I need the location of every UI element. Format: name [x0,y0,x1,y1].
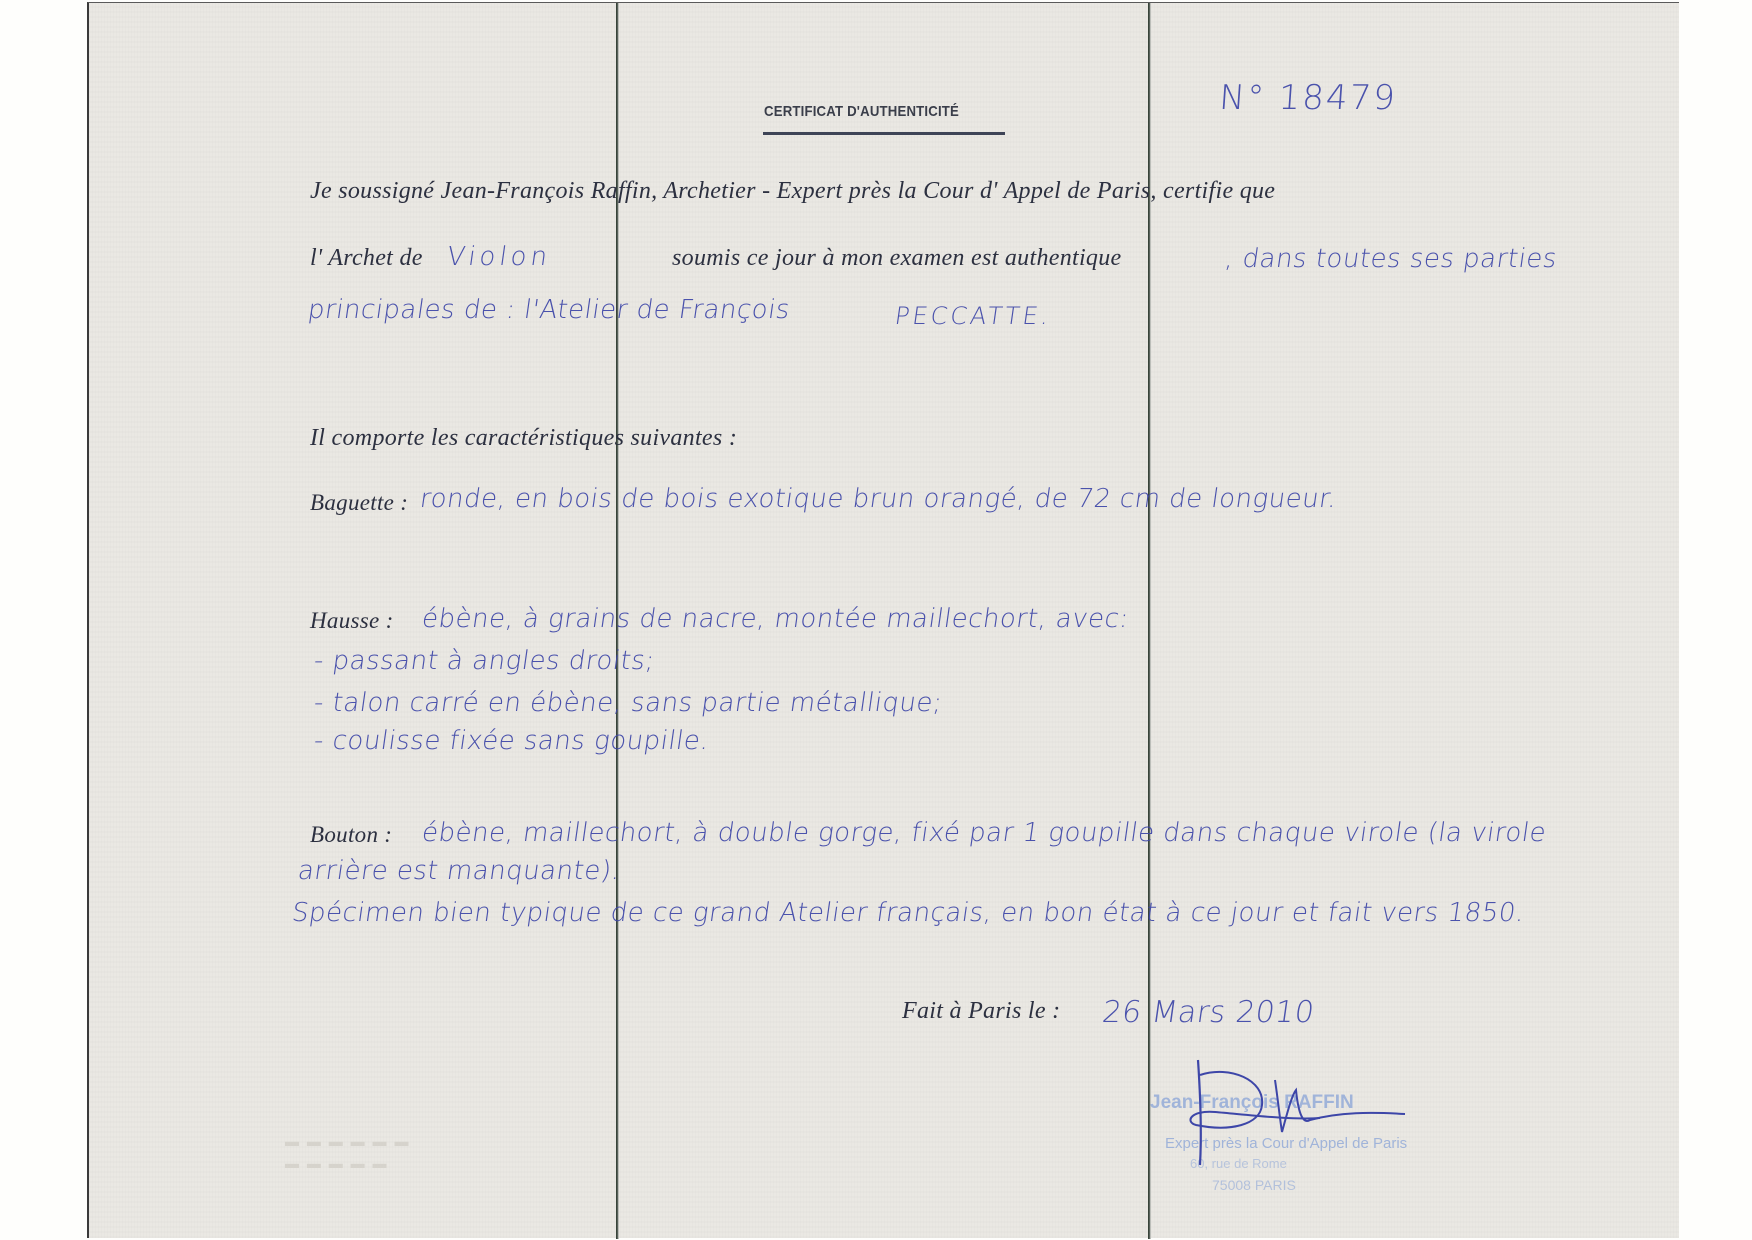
certificate-number: N° 18479 [1218,78,1398,118]
hausse-item-2: - talon carré en ébène, sans partie méta… [312,688,944,718]
examination-text: soumis ce jour à mon examen est authenti… [672,245,1121,272]
conclusion: Spécimen bien typique de ce grand Atelie… [290,898,1527,928]
characteristics-heading: Il comporte les caractéristiques suivant… [310,425,737,452]
faded-impression: ▬ ▬ ▬ ▬ ▬ ▬▬ ▬ ▬ ▬ ▬ [285,1130,410,1174]
bouton-value-line-1: ébène, maillechort, à double gorge, fixé… [420,818,1548,848]
hausse-item-3: - coulisse fixée sans goupille. [312,726,711,756]
bouton-value-line-2: arrière est manquante). [296,856,622,886]
title-underline [763,132,1005,135]
scanned-page: CERTIFICAT D'AUTHENTICITÉ N° 18479 Je so… [0,0,1752,1240]
parts-continuation: , dans toutes ses parties [1223,244,1559,274]
archet-prefix: l' Archet de [310,245,423,272]
workshop-line: principales de : l'Atelier de François [306,295,792,325]
hausse-value: ébène, à grains de nacre, montée maillec… [420,604,1131,634]
signature-icon [1170,1050,1410,1180]
signing-date: 26 Mars 2010 [1100,995,1317,1030]
certificate-title: CERTIFICAT D'AUTHENTICITÉ [764,103,959,120]
signing-place: Fait à Paris le : [902,998,1060,1025]
hausse-item-1: - passant à angles droits; [312,646,657,676]
bouton-label: Bouton : [310,822,392,848]
baguette-value: ronde, en bois de bois exotique brun ora… [418,484,1339,514]
instrument-handwritten: Violon [445,242,553,272]
baguette-label: Baguette : [310,490,408,516]
intro-line-1: Je soussigné Jean-François Raffin, Arche… [310,178,1275,205]
hausse-label: Hausse : [310,608,394,634]
maker-name: PECCATTE. [893,302,1053,330]
